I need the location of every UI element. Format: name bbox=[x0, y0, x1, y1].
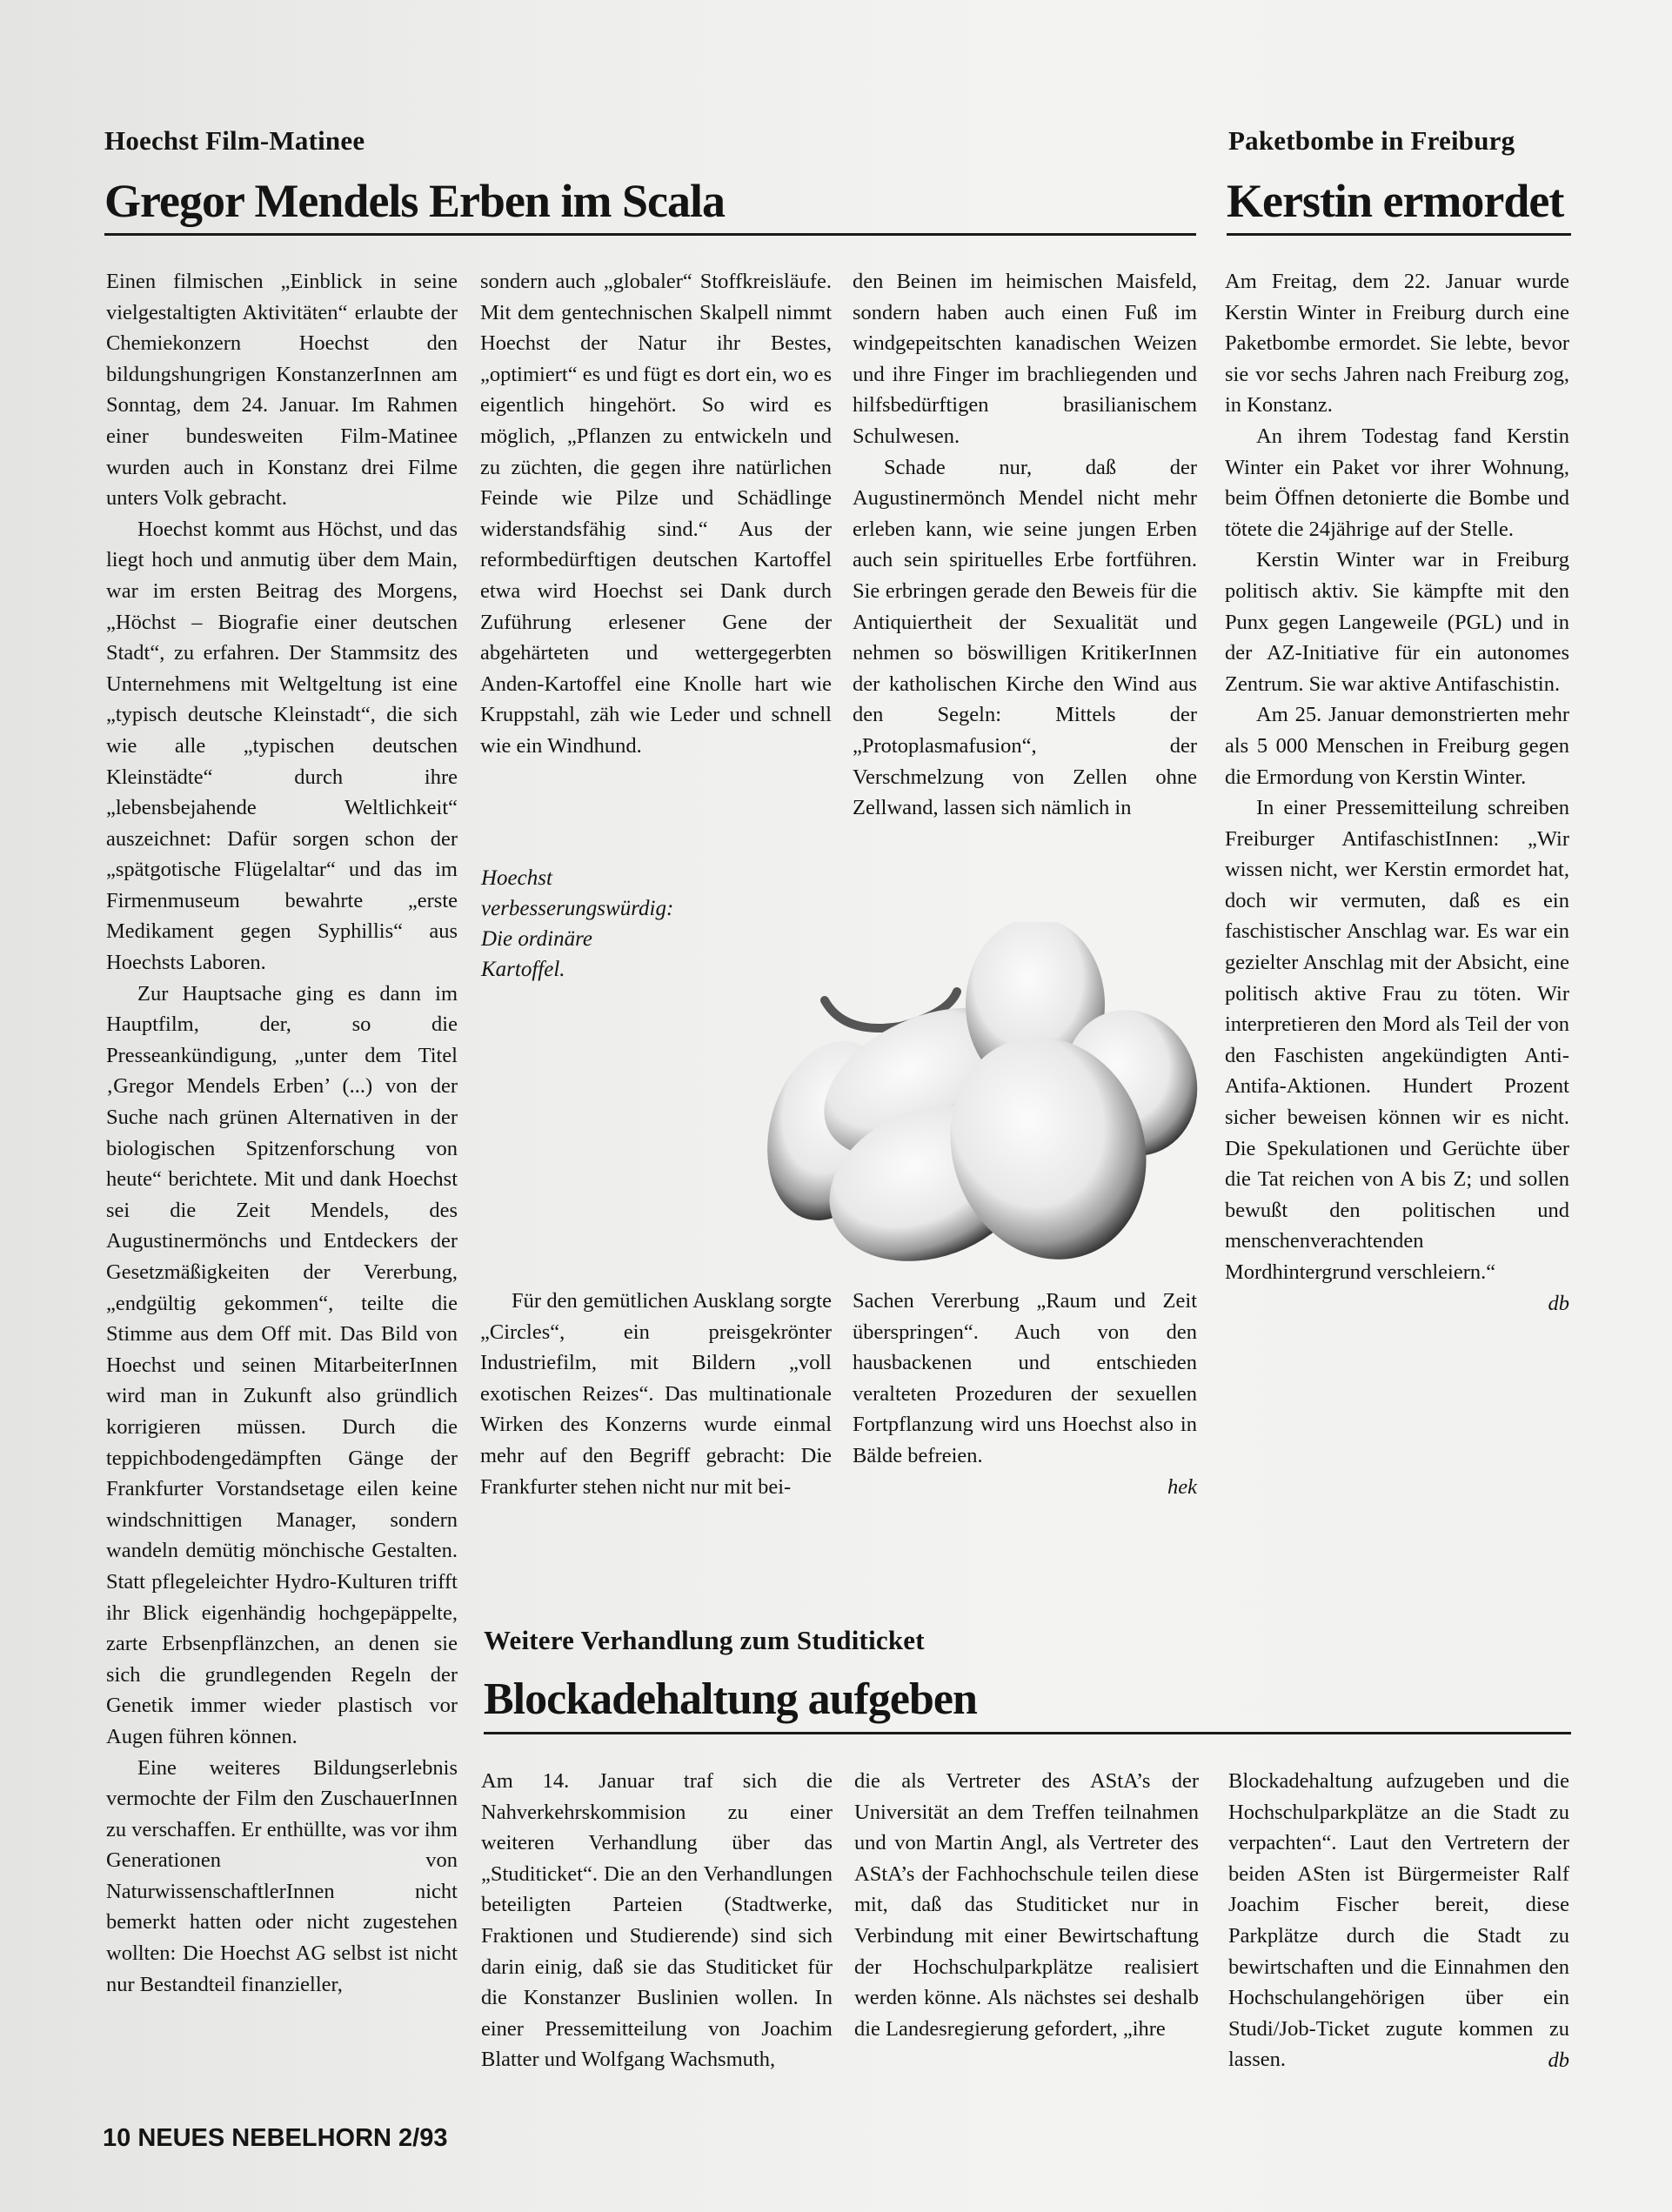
article3-column-3: Blockadehaltung aufzugeben und die Hochs… bbox=[1228, 1766, 1569, 2076]
paragraph: Kerstin Winter war in Freiburg politisch… bbox=[1225, 545, 1569, 699]
paragraph: sondern auch „globaler“ Stoffkreisläufe.… bbox=[480, 266, 832, 762]
paragraph: Am 25. Januar demonstrierten mehr als 5 … bbox=[1225, 699, 1569, 792]
article2-headline: Kerstin ermordet bbox=[1227, 174, 1563, 228]
article1-rule bbox=[104, 233, 1196, 236]
author-signature: hek bbox=[853, 1472, 1197, 1503]
article3-headline: Blockadehaltung aufgeben bbox=[484, 1674, 977, 1725]
article1-kicker: Hoechst Film-Matinee bbox=[104, 125, 364, 157]
article1-headline: Gregor Mendels Erben im Scala bbox=[104, 174, 725, 228]
paragraph: Am Freitag, dem 22. Januar wurde Kerstin… bbox=[1225, 266, 1569, 421]
paragraph: Zur Hauptsache ging es dann im Hauptfilm… bbox=[106, 979, 458, 1753]
page-footer: 10 NEUES NEBELHORN 2/93 bbox=[103, 2124, 447, 2153]
paragraph: Blockadehaltung aufzugeben und die Hochs… bbox=[1228, 1766, 1569, 2075]
paragraph: An ihrem Todestag fand Kerstin Winter ei… bbox=[1225, 421, 1569, 545]
paragraph: In einer Pressemitteilung schreiben Frei… bbox=[1225, 792, 1569, 1288]
paragraph: die als Vertreter des AStA’s der Univers… bbox=[854, 1766, 1199, 2044]
page-number: 10 bbox=[103, 2124, 130, 2152]
publication-name: NEUES NEBELHORN 2/93 bbox=[137, 2124, 447, 2152]
paragraph: Schade nur, daß der Augustinermönch Mend… bbox=[853, 452, 1197, 824]
article1-column-1: Einen filmischen „Einblick in seine viel… bbox=[106, 266, 458, 2000]
article1-lower-column-3: Sachen Vererbung „Raum und Zeit überspri… bbox=[853, 1286, 1197, 1502]
article3-column-1: Am 14. Januar traf sich die Nahverkehrsk… bbox=[481, 1766, 833, 2075]
paragraph: Sachen Vererbung „Raum und Zeit überspri… bbox=[853, 1286, 1197, 1472]
article1-lower-column-2: Für den gemütlichen Ausklang sorgte „Cir… bbox=[480, 1286, 832, 1502]
author-signature: db bbox=[1225, 1288, 1569, 1320]
caption-line: verbesserungswürdig: bbox=[481, 893, 673, 924]
article2-column: Am Freitag, dem 22. Januar wurde Kerstin… bbox=[1225, 266, 1569, 1319]
article2-rule bbox=[1227, 233, 1571, 236]
article2-kicker: Paketbombe in Freiburg bbox=[1228, 125, 1515, 157]
article3-kicker: Weitere Verhandlung zum Studiticket bbox=[484, 1625, 925, 1656]
paragraph: Eine weiteres Bildungserlebnis vermochte… bbox=[106, 1753, 458, 2001]
potato-illustration bbox=[748, 922, 1218, 1270]
paragraph: Einen filmischen „Einblick in seine viel… bbox=[106, 266, 458, 514]
paragraph: Für den gemütlichen Ausklang sorgte „Cir… bbox=[480, 1286, 832, 1502]
image-caption: Hoechst verbesserungswürdig: Die ordinär… bbox=[481, 863, 673, 985]
caption-line: Die ordinäre bbox=[481, 924, 673, 954]
article1-column-3: den Beinen im heimischen Maisfeld, sonde… bbox=[853, 266, 1197, 824]
paragraph: Hoechst kommt aus Höchst, und das liegt … bbox=[106, 514, 458, 979]
article1-column-2: sondern auch „globaler“ Stoffkreisläufe.… bbox=[480, 266, 832, 762]
paragraph: Am 14. Januar traf sich die Nahverkehrsk… bbox=[481, 1766, 833, 2075]
caption-line: Kartoffel. bbox=[481, 954, 673, 985]
paragraph: den Beinen im heimischen Maisfeld, sonde… bbox=[853, 266, 1197, 452]
caption-line: Hoechst bbox=[481, 863, 673, 893]
article3-rule bbox=[484, 1732, 1571, 1734]
newspaper-page: Hoechst Film-Matinee Gregor Mendels Erbe… bbox=[0, 0, 1672, 2212]
article3-column-2: die als Vertreter des AStA’s der Univers… bbox=[854, 1766, 1199, 2044]
